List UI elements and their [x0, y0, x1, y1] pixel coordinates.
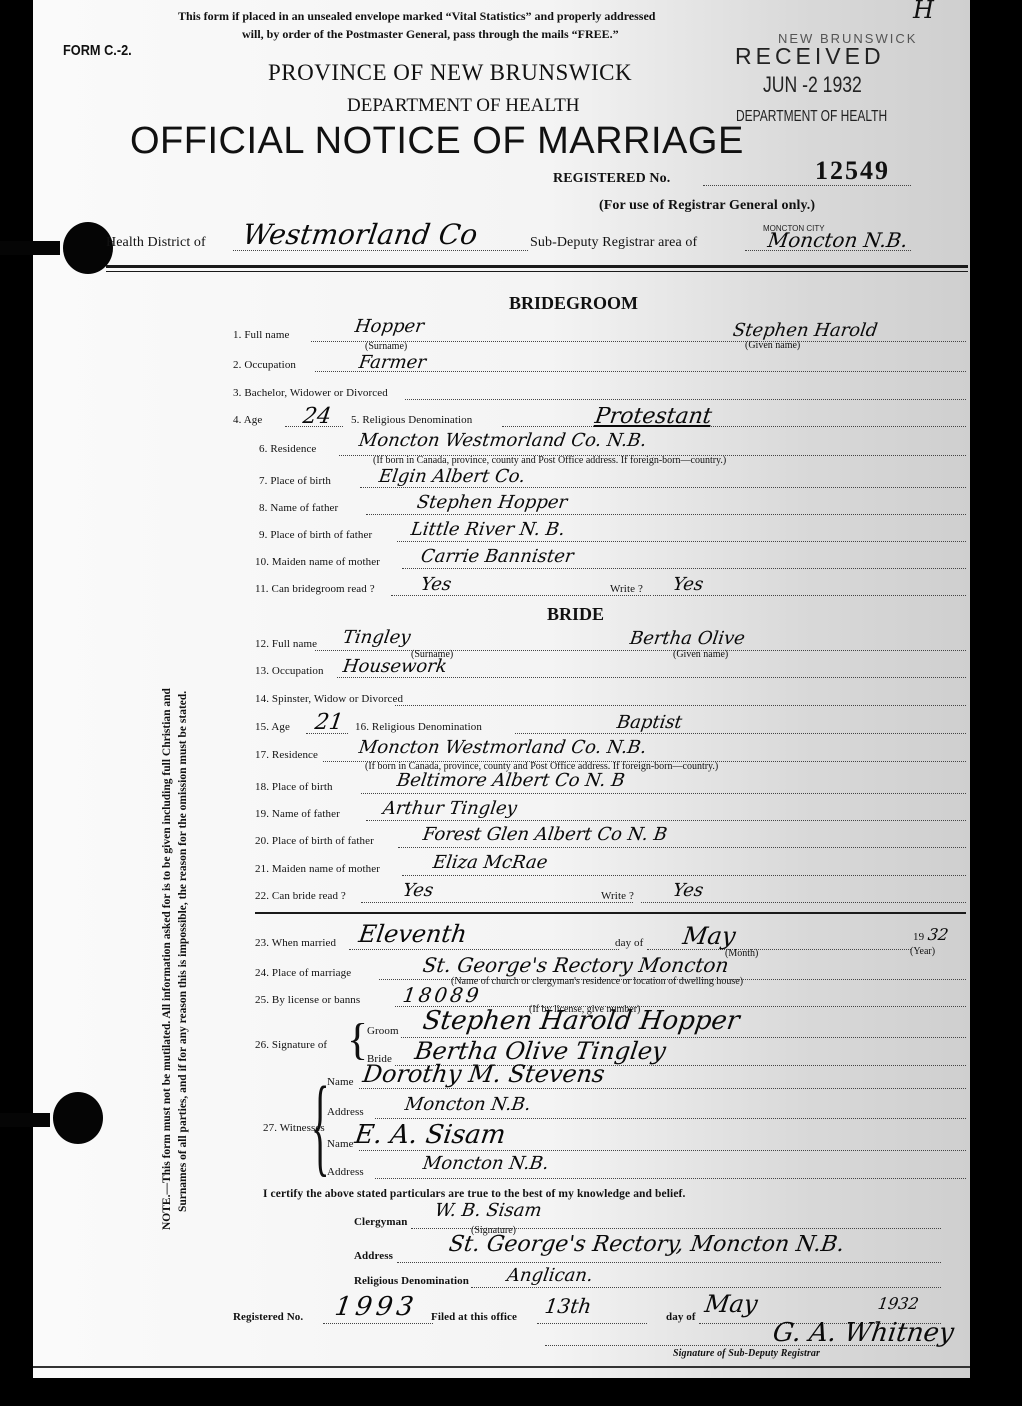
bride-father-name-value: Arthur Tingley — [382, 798, 519, 819]
groom-birthplace-line — [360, 487, 966, 488]
groom-given-name-sublabel: (Given name) — [745, 340, 800, 351]
stamp-department: DEPARTMENT OF HEALTH — [736, 108, 887, 126]
binder-hole-bottom — [53, 1092, 103, 1144]
bride-birthplace-value: Beltimore Albert Co N. B — [396, 770, 627, 791]
bride-father-birthplace-value: Forest Glen Albert Co N. B — [422, 824, 669, 845]
bride-religion-line — [515, 733, 966, 734]
groom-mother-maiden-line — [402, 568, 966, 569]
witness1-address-value: Moncton N.B. — [404, 1094, 533, 1115]
footer-registered-line — [323, 1323, 433, 1324]
bride-age-label: 15. Age — [255, 721, 290, 733]
bride-can-read-value: Yes — [402, 880, 435, 901]
footer-day-of-label: day of — [666, 1311, 696, 1323]
when-married-month-value: May — [681, 922, 737, 950]
page-title: OFFICIAL NOTICE OF MARRIAGE — [130, 120, 744, 163]
clergy-address-value: St. George's Rectory, Moncton N.B. — [447, 1232, 846, 1257]
witness2-address-label: Address — [327, 1166, 364, 1178]
registrar-signature-label: Signature of Sub-Deputy Registrar — [673, 1348, 820, 1359]
registrar-signature-value: G. A. Whitney — [771, 1318, 956, 1348]
when-married-day-line — [349, 949, 619, 950]
side-note: NOTE.—This form must not be mutilated. A… — [159, 688, 191, 1230]
clergy-denomination-value: Anglican. — [506, 1265, 595, 1286]
bride-mother-maiden-value: Eliza McRae — [432, 852, 549, 873]
witness1-address-line — [375, 1118, 966, 1119]
groom-religion-line — [502, 426, 966, 427]
registered-number-label: REGISTERED No. — [553, 171, 670, 187]
groom-full-name-line — [311, 341, 966, 342]
side-note-line1: NOTE.—This form must not be mutilated. A… — [159, 688, 175, 1230]
groom-mother-maiden-value: Carrie Bannister — [420, 546, 575, 567]
filed-line — [537, 1323, 647, 1324]
clergy-address-label: Address — [354, 1250, 393, 1262]
witness1-name-label: Name — [327, 1076, 354, 1088]
sub-deputy-label: Sub-Deputy Registrar area of — [530, 235, 697, 251]
groom-residence-sublabel: (If born in Canada, province, county and… — [373, 455, 726, 466]
witness2-name-value: E. A. Sisam — [353, 1120, 508, 1150]
groom-father-name-line — [366, 514, 966, 515]
groom-father-birthplace-label: 9. Place of birth of father — [259, 529, 372, 541]
section-divider — [255, 912, 966, 914]
place-of-marriage-sublabel: (Name of church or clergyman's residence… — [451, 976, 743, 987]
groom-can-write-value: Yes — [672, 574, 705, 595]
groom-surname: Hopper — [354, 316, 426, 337]
clergy-address-line — [397, 1262, 941, 1263]
bride-mother-maiden-label: 21. Maiden name of mother — [255, 863, 380, 875]
marriage-notice-page: This form if placed in an unsealed envel… — [33, 0, 970, 1378]
bride-father-name-line — [366, 820, 966, 821]
year-sublabel: (Year) — [910, 946, 935, 957]
witness2-address-line — [375, 1178, 966, 1179]
groom-can-read-value: Yes — [420, 574, 453, 595]
clergy-denomination-label: Religious Denomination — [354, 1275, 469, 1287]
certification-statement: I certify the above stated particulars a… — [263, 1188, 685, 1200]
groom-age-label: 4. Age — [233, 414, 262, 426]
bride-given-name-sublabel: (Given name) — [673, 649, 728, 660]
groom-age-value: 24 — [301, 404, 333, 429]
bride-father-name-label: 19. Name of father — [255, 808, 340, 820]
groom-can-write-line — [653, 595, 966, 596]
bride-occupation-label: 13. Occupation — [255, 665, 324, 677]
registered-number-value: 12549 — [815, 156, 890, 186]
groom-can-read-label: 11. Can bridegroom read ? — [255, 583, 375, 595]
groom-birthplace-label: 7. Place of birth — [259, 475, 331, 487]
footer-day-of-value: May — [703, 1290, 759, 1318]
health-district-label: Health District of — [106, 235, 206, 251]
footer-registered-label: Registered No. — [233, 1311, 303, 1323]
bride-occupation-line — [337, 677, 966, 678]
clergyman-label: Clergyman — [354, 1216, 407, 1228]
groom-occupation-value: Farmer — [358, 352, 428, 373]
bride-can-write-label: Write ? — [601, 890, 634, 902]
groom-residence-label: 6. Residence — [259, 443, 316, 455]
groom-can-write-label: Write ? — [610, 583, 643, 595]
place-of-marriage-label: 24. Place of marriage — [255, 967, 351, 979]
groom-father-name-label: 8. Name of father — [259, 502, 338, 514]
footer-year-value: 1932 — [877, 1294, 920, 1313]
bride-residence-value: Moncton Westmorland Co. N.B. — [358, 737, 648, 758]
filed-label: Filed at this office — [431, 1311, 517, 1323]
side-note-line2: Surnames of all parties, and if for any … — [175, 688, 191, 1230]
bride-can-write-line — [641, 902, 966, 903]
bride-heading: BRIDE — [547, 604, 604, 625]
year-prefix: 19 — [913, 931, 924, 943]
bride-birthplace-label: 18. Place of birth — [255, 781, 333, 793]
bride-given-name: Bertha Olive — [629, 628, 747, 649]
license-value: 18089 — [401, 983, 483, 1007]
groom-father-birthplace-value: Little River N. B. — [410, 519, 567, 540]
bride-birthplace-line — [361, 793, 966, 794]
bride-religion-label: 16. Religious Denomination — [355, 721, 482, 733]
witness1-name-line — [359, 1088, 966, 1089]
clergyman-signature-value: W. B. Sisam — [434, 1200, 544, 1221]
binder-hole-stem-bottom — [0, 1113, 50, 1127]
health-district-value: Westmorland Co — [241, 218, 480, 251]
year-value: 32 — [927, 925, 950, 944]
groom-surname-sublabel: (Surname) — [365, 341, 407, 352]
witness1-address-label: Address — [327, 1106, 364, 1118]
groom-signature-label: Groom — [367, 1025, 399, 1037]
bride-marital-line — [395, 705, 966, 706]
mail-note-line1: This form if placed in an unsealed envel… — [178, 9, 655, 24]
groom-occupation-label: 2. Occupation — [233, 359, 296, 371]
signature-of-label: 26. Signature of — [255, 1039, 327, 1051]
groom-full-name-label: 1. Full name — [233, 329, 290, 341]
when-married-label: 23. When married — [255, 937, 336, 949]
stamp-date: JUN -2 1932 — [763, 72, 862, 98]
day-of-label: day of — [615, 937, 643, 949]
mail-note-line2: will, by order of the Postmaster General… — [242, 27, 619, 42]
bride-full-name-label: 12. Full name — [255, 638, 317, 650]
groom-religion-value: Protestant — [593, 404, 713, 429]
filed-value: 13th — [543, 1294, 593, 1318]
form-number: FORM C.-2. — [63, 42, 132, 59]
witness1-name-value: Dorothy M. Stevens — [361, 1060, 606, 1088]
witness2-name-label: Name — [327, 1138, 354, 1150]
bride-residence-label: 17. Residence — [255, 749, 318, 761]
groom-mother-maiden-label: 10. Maiden name of mother — [255, 556, 380, 568]
bride-marital-label: 14. Spinster, Widow or Divorced — [255, 693, 403, 705]
when-married-day-value: Eleventh — [357, 920, 469, 948]
registrar-note: (For use of Registrar General only.) — [599, 198, 815, 214]
corner-mark: H — [913, 0, 934, 24]
footer-registered-value: 1993 — [333, 1292, 419, 1322]
bride-father-birthplace-label: 20. Place of birth of father — [255, 835, 374, 847]
groom-marital-label: 3. Bachelor, Widower or Divorced — [233, 387, 388, 399]
witness2-address-value: Moncton N.B. — [422, 1153, 551, 1174]
header-divider-thin — [106, 271, 968, 272]
groom-marital-line — [405, 399, 966, 400]
registrar-signature-line — [545, 1345, 941, 1346]
bride-can-read-line — [361, 902, 633, 903]
signature-brace: { — [347, 1018, 368, 1062]
bride-age-value: 21 — [313, 710, 345, 735]
groom-father-name-value: Stephen Hopper — [416, 492, 569, 513]
bride-father-birthplace-line — [398, 847, 966, 848]
groom-given-name: Stephen Harold — [732, 320, 879, 341]
bride-can-read-label: 22. Can bride read ? — [255, 890, 346, 902]
witness2-name-line — [359, 1150, 966, 1151]
groom-can-read-line — [391, 595, 651, 596]
clergy-denomination-line — [471, 1287, 941, 1288]
groom-religion-label: 5. Religious Denomination — [351, 414, 472, 426]
department-heading: DEPARTMENT OF HEALTH — [347, 95, 580, 117]
license-label: 25. By license or banns — [255, 994, 360, 1006]
groom-father-birthplace-line — [397, 541, 966, 542]
footer-divider — [33, 1366, 970, 1368]
bride-mother-maiden-line — [402, 875, 966, 876]
groom-signature-value: Stephen Harold Hopper — [421, 1006, 742, 1036]
place-of-marriage-value: St. George's Rectory Moncton — [421, 953, 730, 977]
bride-religion-value: Baptist — [616, 712, 684, 733]
bride-can-write-value: Yes — [672, 880, 705, 901]
header-divider — [106, 265, 968, 268]
province-heading: PROVINCE OF NEW BRUNSWICK — [268, 60, 632, 86]
groom-residence-value: Moncton Westmorland Co. N.B. — [358, 430, 648, 451]
groom-birthplace-value: Elgin Albert Co. — [378, 466, 527, 487]
bride-occupation-value: Housework — [342, 656, 449, 677]
binder-hole-stem-top — [0, 241, 60, 255]
bride-surname: Tingley — [342, 627, 412, 648]
bridegroom-heading: BRIDEGROOM — [509, 293, 638, 314]
stamp-received: RECEIVED — [735, 43, 885, 70]
sub-deputy-value: Moncton N.B. — [766, 228, 909, 252]
